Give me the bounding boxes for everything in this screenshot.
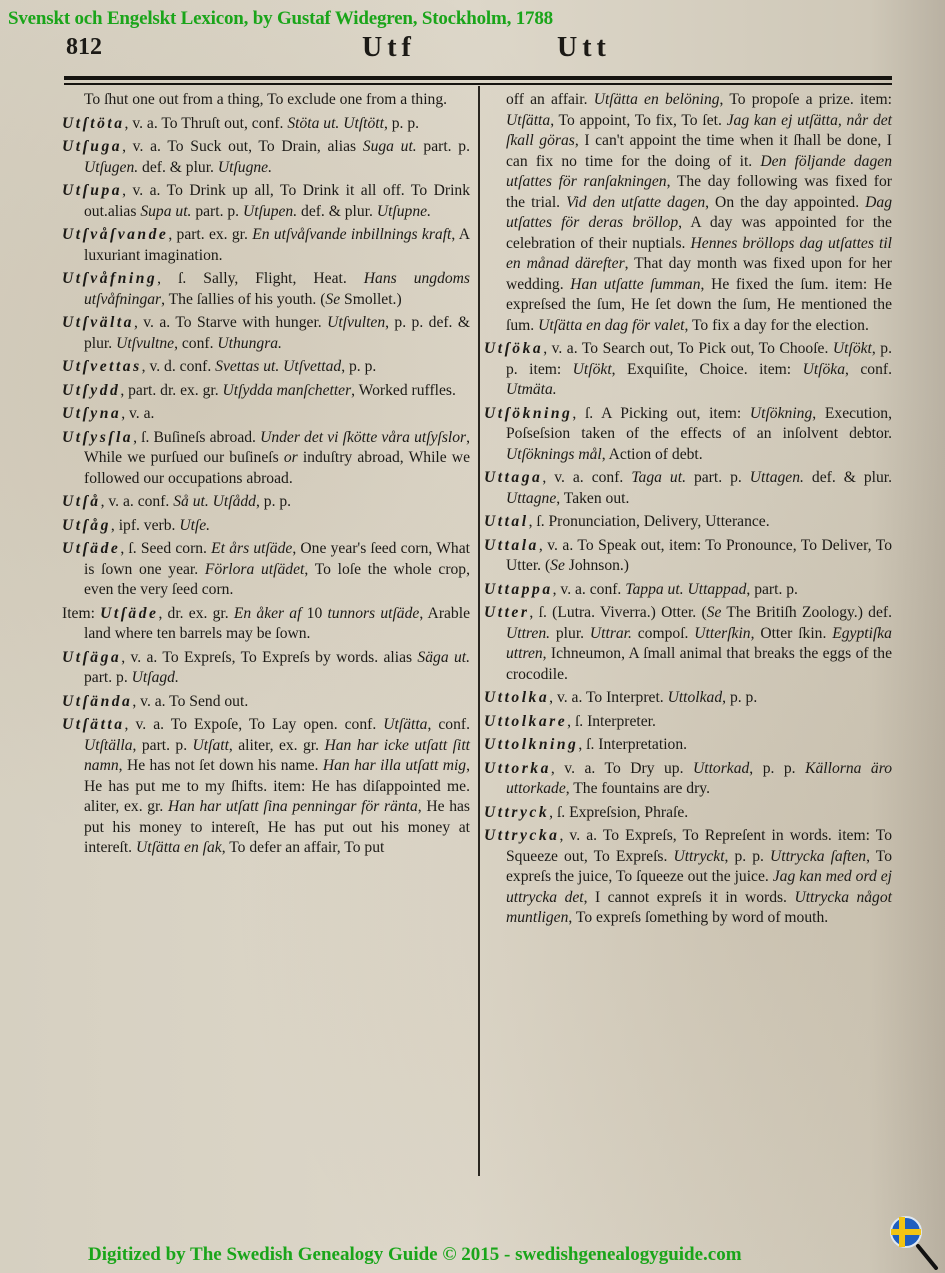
- swedish-example: Utſugne.: [218, 159, 272, 176]
- definition-text: , On the day appointed.: [705, 194, 865, 211]
- headword: Utſäga: [62, 649, 121, 666]
- right-column: off an affair. Utſätta en belöning, To p…: [484, 90, 892, 932]
- swedish-example: Et års utſäde: [211, 540, 292, 557]
- headword: Uttal: [484, 513, 529, 530]
- definition-text: part. p.: [191, 203, 243, 220]
- definition-text: , v. a. To Interpret.: [549, 689, 667, 706]
- definition-text: , Worked ruffles.: [351, 382, 456, 399]
- headword: Utſäde: [100, 605, 158, 622]
- dictionary-entry: Utſvåſvande, part. ex. gr. En utſvåſvand…: [62, 225, 470, 266]
- definition-text: , v. a. To Expoſe, To Lay open. conf.: [125, 716, 384, 733]
- definition-text: , ſ. Interpretation.: [578, 736, 687, 753]
- swedish-example: Uttolkad: [668, 689, 723, 706]
- definition-text: , To appoint, To fix, To ſet.: [550, 112, 726, 129]
- definition-text: Johnson.): [565, 557, 629, 574]
- headword: Utſända: [62, 693, 132, 710]
- swedish-example: En åker af: [234, 605, 302, 622]
- headword: Utſupa: [62, 182, 122, 199]
- headword: Uttolka: [484, 689, 549, 706]
- swedish-example: tunnors utſäde: [327, 605, 419, 622]
- definition-text: , dr. ex. gr.: [158, 605, 233, 622]
- definition-text: , v. a. To Search out, To Pick out, To C…: [543, 340, 833, 357]
- headword: Utſuga: [62, 138, 122, 155]
- swedish-example: Utſätta en belöning: [594, 91, 720, 108]
- swedish-example: Uttagen.: [750, 469, 804, 486]
- definition-text: , Taken out.: [556, 490, 629, 507]
- swedish-example: Supa ut.: [140, 203, 191, 220]
- dictionary-entry: Utſtöta, v. a. To Thruſt out, conf. Stöt…: [62, 114, 470, 135]
- definition-text: , ſ. Expreſsion, Phraſe.: [549, 804, 688, 821]
- definition-text: , ſ. (Lutra. Viverra.) Otter. (: [529, 604, 706, 621]
- swedish-example: Han har utſatt ſina penningar för ränta: [168, 798, 418, 815]
- definition-text: , aliter, ex. gr.: [229, 737, 325, 754]
- swedish-example: Utſupne.: [377, 203, 431, 220]
- swedish-example: Utſökning: [750, 405, 812, 422]
- swedish-example: Utſätta en ſak: [136, 839, 222, 856]
- swedish-example: Utſökt: [833, 340, 872, 357]
- definition-text: 10: [301, 605, 327, 622]
- headword: Uttaga: [484, 469, 542, 486]
- definition-text: To ſhut one out from a thing, To exclude…: [84, 91, 447, 108]
- swedish-example: Utſugen.: [84, 159, 138, 176]
- swedish-example: Utſatt: [193, 737, 229, 754]
- definition-text: , The fountains are dry.: [566, 780, 710, 797]
- definition-text: , conf.: [427, 716, 470, 733]
- running-header: 812 Utf Utt: [62, 34, 892, 64]
- dictionary-entry: Uttorka, v. a. To Dry up. Uttorkad, p. p…: [484, 759, 892, 800]
- dictionary-entry: Utſäga, v. a. To Expreſs, To Expreſs by …: [62, 648, 470, 689]
- dictionary-entry: Utſå, v. a. conf. Så ut. Utſådd, p. p.: [62, 492, 470, 513]
- definition-text: def. & plur.: [138, 159, 218, 176]
- dictionary-entry: Utſvettas, v. d. conf. Svettas ut. Utſve…: [62, 357, 470, 378]
- definition-text: , p. p.: [722, 689, 757, 706]
- definition-text: plur.: [550, 625, 590, 642]
- definition-text: , v. a. To Send out.: [132, 693, 248, 710]
- watermark-title: Svenskt och Engelskt Lexicon, by Gustaf …: [8, 8, 553, 30]
- swedish-example: Uttagne: [506, 490, 556, 507]
- swedish-example: Utſe.: [179, 517, 210, 534]
- definition-text: , ſ. Buſineſs abroad.: [133, 429, 260, 446]
- swedish-example: Uttren.: [506, 625, 550, 642]
- entry-continuation: To ſhut one out from a thing, To exclude…: [62, 90, 470, 111]
- definition-text: , v. a. To Starve with hunger.: [134, 314, 327, 331]
- dictionary-entry: Utter, ſ. (Lutra. Viverra.) Otter. (Se T…: [484, 603, 892, 685]
- dictionary-entry: Utſöka, v. a. To Search out, To Pick out…: [484, 339, 892, 401]
- swedish-example: Tappa ut.: [625, 581, 683, 598]
- headword: Utſvälta: [62, 314, 134, 331]
- dictionary-entry: Utſända, v. a. To Send out.: [62, 692, 470, 713]
- definition-text: , To defer an affair, To put: [222, 839, 385, 856]
- dictionary-entry: Uttal, ſ. Pronunciation, Delivery, Utter…: [484, 512, 892, 533]
- dictionary-entry: Utſökning, ſ. A Picking out, item: Utſök…: [484, 404, 892, 466]
- definition-text: , v. a. To Dry up.: [551, 760, 693, 777]
- definition-text: , Exquiſite, Choice. item:: [612, 361, 803, 378]
- definition-text: off an affair.: [506, 91, 594, 108]
- definition-text: , part. p.: [133, 737, 193, 754]
- headword: Utſvåſvande: [62, 226, 168, 243]
- headword: Uttappa: [484, 581, 553, 598]
- swedish-example: Så ut.: [173, 493, 209, 510]
- definition-text: , p. p.: [725, 848, 770, 865]
- definition-text: , ſ. Pronunciation, Delivery, Utterance.: [529, 513, 770, 530]
- swedish-example: Uttrar.: [590, 625, 632, 642]
- definition-text: , I cannot expreſs it in words.: [584, 889, 795, 906]
- swedish-example: Utſätta en dag för valet: [538, 317, 684, 334]
- swedish-example: Utſätta: [506, 112, 550, 129]
- swedish-example: Han har illa utſatt mig: [323, 757, 466, 774]
- definition-text: , To propoſe a prize. item:: [720, 91, 892, 108]
- definition-text: compoſ.: [632, 625, 694, 642]
- headword: Utſå: [62, 493, 101, 510]
- definition-text: , ipf. verb.: [111, 517, 179, 534]
- dictionary-entry: Uttryck, ſ. Expreſsion, Phraſe.: [484, 803, 892, 824]
- header-rule: [64, 76, 892, 85]
- definition-text: part. p.: [686, 469, 750, 486]
- guide-word-left: Utf: [362, 32, 416, 64]
- headword: Utſäde: [62, 540, 120, 557]
- swedish-example: En utſvåſvande inbillnings kraft: [252, 226, 451, 243]
- dictionary-entry: Uttolka, v. a. To Interpret. Uttolkad, p…: [484, 688, 892, 709]
- column-divider: [478, 86, 480, 1176]
- dictionary-entry: Uttappa, v. a. conf. Tappa ut. Uttappad,…: [484, 580, 892, 601]
- definition-text: part. p.: [84, 669, 132, 686]
- headword: Utſvåfning: [62, 270, 157, 287]
- watermark-footer: Digitized by The Swedish Genealogy Guide…: [88, 1244, 742, 1266]
- definition-text: , part. p.: [746, 581, 798, 598]
- definition-text: , conf.: [174, 335, 217, 352]
- definition-text: , To fix a day for the election.: [684, 317, 868, 334]
- swedish-example: Uttorkad: [693, 760, 749, 777]
- dictionary-entry: Uttolkning, ſ. Interpretation.: [484, 735, 892, 756]
- swedish-example: Vid den utſatte dagen: [566, 194, 705, 211]
- definition-text: , Otter ſkin.: [751, 625, 833, 642]
- headword: Uttorka: [484, 760, 551, 777]
- definition-text: , conf.: [845, 361, 892, 378]
- headword: Utſätta: [62, 716, 125, 733]
- headword: Utſåg: [62, 517, 111, 534]
- definition-text: , He has not ſet down his name.: [119, 757, 323, 774]
- dictionary-entry: Uttolkare, ſ. Interpreter.: [484, 712, 892, 733]
- swedish-example: Utſydda manſchetter: [223, 382, 352, 399]
- swedish-example: Utſöknings mål: [506, 446, 602, 463]
- swedish-example: Utſvettad: [283, 358, 341, 375]
- definition-text: , v. a.: [121, 405, 154, 422]
- dictionary-entry: Utſyna, v. a.: [62, 404, 470, 425]
- swedish-example: Uthungra.: [217, 335, 282, 352]
- dictionary-entry: Item: Utſäde, dr. ex. gr. En åker af 10 …: [62, 604, 470, 645]
- swedish-example: Under det vi ſkötte våra utſyſslor: [260, 429, 466, 446]
- definition-text: , To expreſs ſomething by word of mouth.: [568, 909, 828, 926]
- swedish-example: Se: [325, 291, 340, 308]
- dictionary-entry: Utſvälta, v. a. To Starve with hunger. U…: [62, 313, 470, 354]
- swedish-example: Utſvulten: [327, 314, 385, 331]
- swedish-example: Utſtött: [343, 115, 384, 132]
- swedish-example: Utſöka: [803, 361, 845, 378]
- swedish-example: Utſvultne: [116, 335, 174, 352]
- definition-text: , v. a. To Expreſs, To Expreſs by words.…: [121, 649, 417, 666]
- definition-text: , ſ. Seed corn.: [120, 540, 211, 557]
- definition-text: , Ichneumon, A ſmall animal that breaks …: [506, 645, 892, 683]
- swedish-example: Han utſatte ſumman: [570, 276, 700, 293]
- definition-text: , ſ. A Picking out, item:: [572, 405, 750, 422]
- definition-text: , p. p.: [384, 115, 419, 132]
- definition-text: , ſ. Interpreter.: [567, 713, 656, 730]
- swedish-example: Förlora utſädet: [205, 561, 304, 578]
- definition-text: , v. a. conf.: [542, 469, 631, 486]
- definition-text: , ſ. Sally, Flight, Heat.: [157, 270, 364, 287]
- swedish-example: Svettas ut.: [215, 358, 279, 375]
- definition-text: , p. p.: [749, 760, 805, 777]
- swedish-example: Se: [550, 557, 565, 574]
- dictionary-entry: Utſäde, ſ. Seed corn. Et års utſäde, One…: [62, 539, 470, 601]
- dictionary-entry: Uttrycka, v. a. To Expreſs, To Repreſent…: [484, 826, 892, 929]
- headword: Utſvettas: [62, 358, 142, 375]
- dictionary-entry: Utſydd, part. dr. ex. gr. Utſydda manſch…: [62, 381, 470, 402]
- dictionary-entry: Uttaga, v. a. conf. Taga ut. part. p. Ut…: [484, 468, 892, 509]
- swedish-example: Stöta ut.: [287, 115, 339, 132]
- dictionary-entry: Uttala, v. a. To Speak out, item: To Pro…: [484, 536, 892, 577]
- dictionary-entry: Utſätta, v. a. To Expoſe, To Lay open. c…: [62, 715, 470, 859]
- definition-text: , v. a. To Suck out, To Drain, alias: [122, 138, 363, 155]
- headword: Utſysſla: [62, 429, 133, 446]
- swedish-example: or: [284, 449, 298, 466]
- swedish-example: Utſådd: [213, 493, 256, 510]
- dictionary-entry: Utſysſla, ſ. Buſineſs abroad. Under det …: [62, 428, 470, 490]
- definition-text: def. & plur.: [297, 203, 377, 220]
- swedish-example: Suga ut.: [363, 138, 417, 155]
- swedish-example: Uttrycka ſaften: [770, 848, 866, 865]
- swedish-example: Taga ut.: [631, 469, 686, 486]
- swedish-example: Se: [707, 604, 722, 621]
- swedish-example: Utſupen.: [243, 203, 297, 220]
- headword: Utſökning: [484, 405, 572, 422]
- headword: Uttolkare: [484, 713, 567, 730]
- definition-text: , v. d. conf.: [142, 358, 215, 375]
- definition-text: def. & plur.: [804, 469, 892, 486]
- headword: Utter: [484, 604, 529, 621]
- headword: Utſydd: [62, 382, 120, 399]
- swedish-example: Uttryckt: [673, 848, 724, 865]
- definition-text: The Britiſh Zoology.) def.: [721, 604, 892, 621]
- swedish-example: Säga ut.: [417, 649, 470, 666]
- dictionary-entry: Utſupa, v. a. To Drink up all, To Drink …: [62, 181, 470, 222]
- definition-text: , Action of debt.: [602, 446, 703, 463]
- guide-word-right: Utt: [557, 32, 611, 64]
- definition-text: , p. p.: [256, 493, 291, 510]
- swedish-example: Utſagd.: [132, 669, 179, 686]
- headword: Uttryck: [484, 804, 549, 821]
- headword: Utſöka: [484, 340, 543, 357]
- definition-text: , part. ex. gr.: [168, 226, 252, 243]
- page-number: 812: [66, 34, 102, 61]
- definition-text: Smollet.): [340, 291, 402, 308]
- dictionary-entry: Utſuga, v. a. To Suck out, To Drain, ali…: [62, 137, 470, 178]
- swedish-flag-magnifier-icon: [888, 1214, 940, 1270]
- headword: Uttolkning: [484, 736, 578, 753]
- definition-text: , v. a. conf.: [101, 493, 174, 510]
- definition-text: , part. dr. ex. gr.: [120, 382, 222, 399]
- swedish-example: Utmäta.: [506, 381, 557, 398]
- swedish-example: Utſätta: [383, 716, 427, 733]
- swedish-example: Utſökt: [573, 361, 612, 378]
- headword: Uttrycka: [484, 827, 559, 844]
- dictionary-entry: Utſvåfning, ſ. Sally, Flight, Heat. Hans…: [62, 269, 470, 310]
- definition-text: , p. p.: [341, 358, 376, 375]
- entry-continuation: off an affair. Utſätta en belöning, To p…: [484, 90, 892, 336]
- left-column: To ſhut one out from a thing, To exclude…: [62, 90, 470, 862]
- entry-prefix: Item:: [62, 605, 100, 622]
- headword: Utſtöta: [62, 115, 125, 132]
- headword: Utſyna: [62, 405, 121, 422]
- swedish-example: Utſtälla: [84, 737, 133, 754]
- dictionary-entry: Utſåg, ipf. verb. Utſe.: [62, 516, 470, 537]
- definition-text: part. p.: [417, 138, 470, 155]
- headword: Uttala: [484, 537, 539, 554]
- definition-text: , The ſallies of his youth. (: [161, 291, 325, 308]
- swedish-example: Uttappad: [688, 581, 747, 598]
- definition-text: , v. a. To Thruſt out, conf.: [125, 115, 288, 132]
- swedish-example: Utterſkin: [694, 625, 750, 642]
- definition-text: , v. a. conf.: [553, 581, 626, 598]
